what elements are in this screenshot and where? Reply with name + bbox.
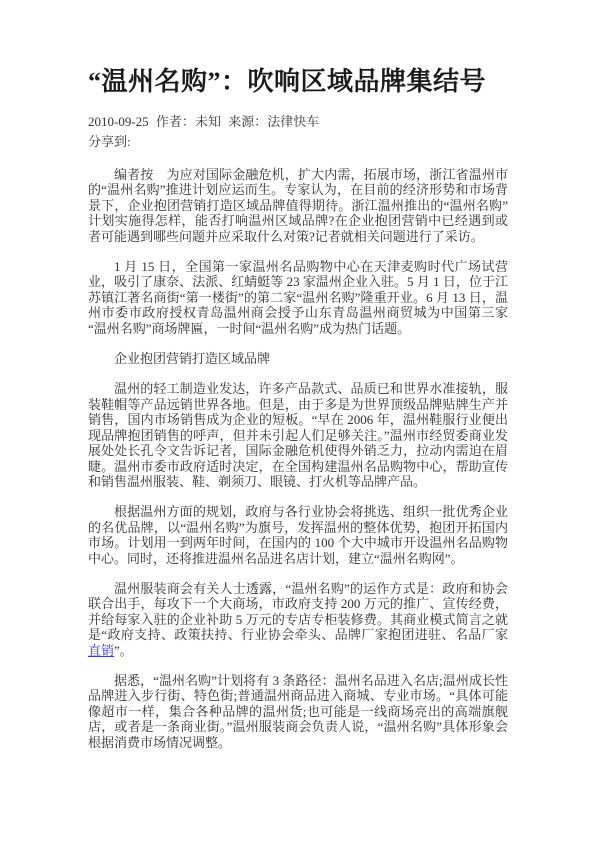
paragraph-industry-background: 温州的轻工制造业发达，许多产品款式、品质已和世界水准接轨，服装鞋帽等产品远销世界… [88, 381, 508, 489]
section-subheading: 企业抱团营销打造区域品牌 [88, 351, 508, 366]
article-content: “温州名购”：吹响区域品牌集结号 2010-09-25 作者：未知 来源：法律快… [0, 0, 595, 750]
article-date: 2010-09-25 [88, 114, 149, 129]
source-label: 来源： [228, 114, 267, 129]
article-title: “温州名购”：吹响区域品牌集结号 [88, 64, 508, 100]
author-value: 未知 [195, 114, 221, 129]
paragraph-plan: 根据温州方面的规划，政府与各行业协会将挑选、组织一批优秀企业的名优品牌，以“温州… [88, 504, 508, 566]
author-label: 作者： [156, 114, 195, 129]
operation-text-before: 温州服装商会有关人士透露，“温州名购”的运作方式是：政府和协会联合出手，每攻下一… [88, 581, 508, 642]
meta-line: 2010-09-25 作者：未知 来源：法律快车 [88, 112, 508, 132]
paragraph-store-openings: 1 月 15 日，全国第一家温州名品购物中心在天津麦购时代广场试营业，吸引了康奈… [88, 259, 508, 336]
paragraph-editor-note: 编者按 为应对国际金融危机，扩大内需，拓展市场，浙江省温州市的“温州名购”推进计… [88, 167, 508, 244]
source-value: 法律快车 [267, 114, 319, 129]
zhixiao-link[interactable]: 直销 [88, 643, 114, 658]
paragraph-operation-mode: 温州服装商会有关人士透露，“温州名购”的运作方式是：政府和协会联合出手，每攻下一… [88, 581, 508, 658]
operation-text-after: ”。 [114, 643, 133, 658]
paragraph-three-paths: 据悉，“温州名购”计划将有 3 条路径：温州名品进入名店;温州成长性品牌进入步行… [88, 673, 508, 750]
article-page: “温州名购”：吹响区域品牌集结号 2010-09-25 作者：未知 来源：法律快… [0, 0, 595, 842]
share-label: 分享到: [88, 132, 508, 152]
article-meta: 2010-09-25 作者：未知 来源：法律快车 分享到: [88, 112, 508, 152]
